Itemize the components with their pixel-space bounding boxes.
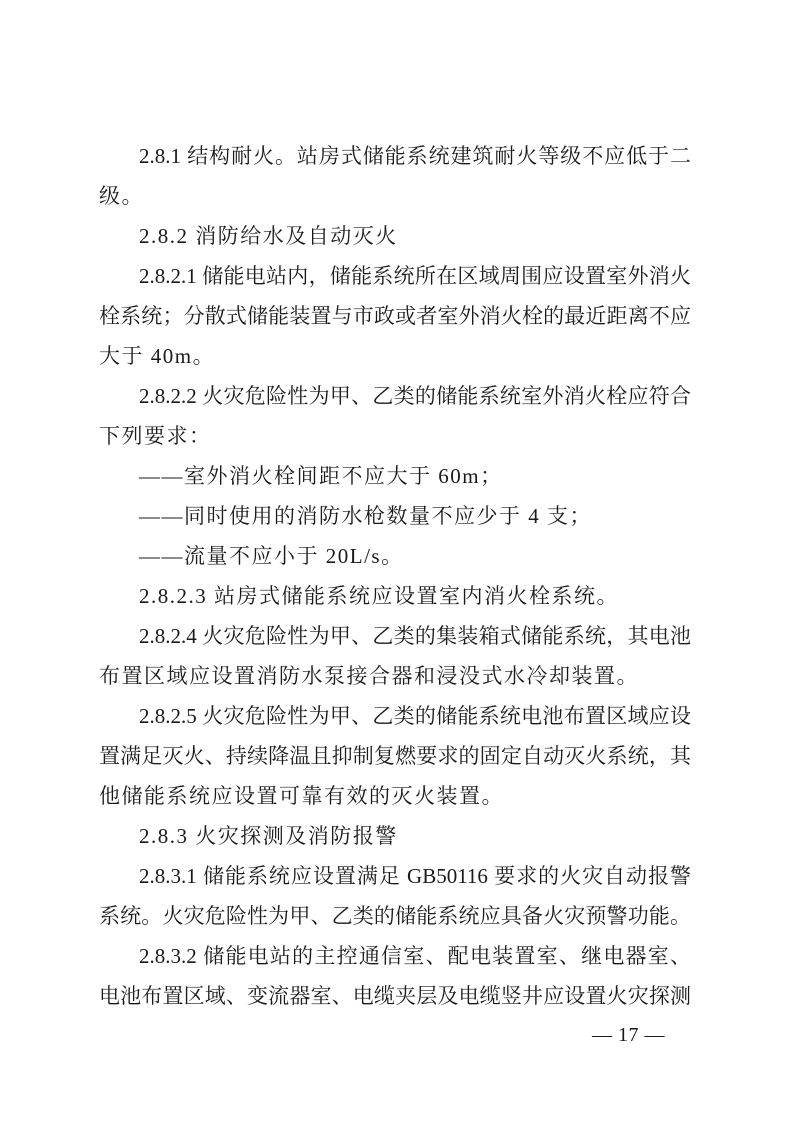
text-line: ——同时使用的消防水枪数量不应少于 4 支； [99,496,691,536]
text-line: 2.8.2.1 储能电站内，储能系统所在区域周围应设置室外消火 [99,256,691,296]
text-line: 电池布置区域、变流器室、电缆夹层及电缆竖井应设置火灾探测 [99,976,691,1016]
text-line: 2.8.1 结构耐火。站房式储能系统建筑耐火等级不应低于二 [99,136,691,176]
paragraph-2.8.2.4: 2.8.2.4 火灾危险性为甲、乙类的集装箱式储能系统，其电池布置区域应设置消防… [99,616,691,696]
text-line: ——室外消火栓间距不应大于 60m； [99,456,691,496]
paragraph-dash-1: ——室外消火栓间距不应大于 60m； [99,456,691,496]
text-line: 2.8.3.1 储能系统应设置满足 GB50116 要求的火灾自动报警 [99,856,691,896]
paragraph-dash-2: ——同时使用的消防水枪数量不应少于 4 支； [99,496,691,536]
text-line: 2.8.2 消防给水及自动灭火 [99,216,691,256]
text-line: 2.8.2.4 火灾危险性为甲、乙类的集装箱式储能系统，其电池 [99,616,691,656]
text-line: 栓系统；分散式储能装置与市政或者室外消火栓的最近距离不应 [99,296,691,336]
paragraph-2.8.2.3: 2.8.2.3 站房式储能系统应设置室内消火栓系统。 [99,576,691,616]
text-line: 2.8.3.2 储能电站的主控通信室、配电装置室、继电器室、 [99,936,691,976]
text-line: 布置区域应设置消防水泵接合器和浸没式水冷却装置。 [99,656,691,696]
text-line: 大于 40m。 [99,336,691,376]
document-body: 2.8.1 结构耐火。站房式储能系统建筑耐火等级不应低于二级。2.8.2 消防给… [99,136,691,1016]
text-line: 级。 [99,176,691,216]
text-line: 2.8.2.5 火灾危险性为甲、乙类的储能系统电池布置区域应设 [99,696,691,736]
paragraph-2.8.3: 2.8.3 火灾探测及消防报警 [99,816,691,856]
paragraph-2.8.2.5: 2.8.2.5 火灾危险性为甲、乙类的储能系统电池布置区域应设置满足灭火、持续降… [99,696,691,816]
text-line: 系统。火灾危险性为甲、乙类的储能系统应具备火灾预警功能。 [99,896,691,936]
text-line: 2.8.2.3 站房式储能系统应设置室内消火栓系统。 [99,576,691,616]
paragraph-2.8.1: 2.8.1 结构耐火。站房式储能系统建筑耐火等级不应低于二级。 [99,136,691,216]
text-line: 下列要求： [99,416,691,456]
text-line: 2.8.2.2 火灾危险性为甲、乙类的储能系统室外消火栓应符合 [99,376,691,416]
text-line: ——流量不应小于 20L/s。 [99,536,691,576]
paragraph-dash-3: ——流量不应小于 20L/s。 [99,536,691,576]
paragraph-2.8.2.2: 2.8.2.2 火灾危险性为甲、乙类的储能系统室外消火栓应符合下列要求： [99,376,691,456]
page-number: — 17 — [592,1024,665,1046]
paragraph-2.8.2: 2.8.2 消防给水及自动灭火 [99,216,691,256]
paragraph-2.8.3.1: 2.8.3.1 储能系统应设置满足 GB50116 要求的火灾自动报警系统。火灾… [99,856,691,936]
paragraph-2.8.2.1: 2.8.2.1 储能电站内，储能系统所在区域周围应设置室外消火栓系统；分散式储能… [99,256,691,376]
text-line: 他储能系统应设置可靠有效的灭火装置。 [99,776,691,816]
paragraph-2.8.3.2: 2.8.3.2 储能电站的主控通信室、配电装置室、继电器室、电池布置区域、变流器… [99,936,691,1016]
text-line: 2.8.3 火灾探测及消防报警 [99,816,691,856]
document-page: 2.8.1 结构耐火。站房式储能系统建筑耐火等级不应低于二级。2.8.2 消防给… [0,0,794,1123]
text-line: 置满足灭火、持续降温且抑制复燃要求的固定自动灭火系统，其 [99,736,691,776]
